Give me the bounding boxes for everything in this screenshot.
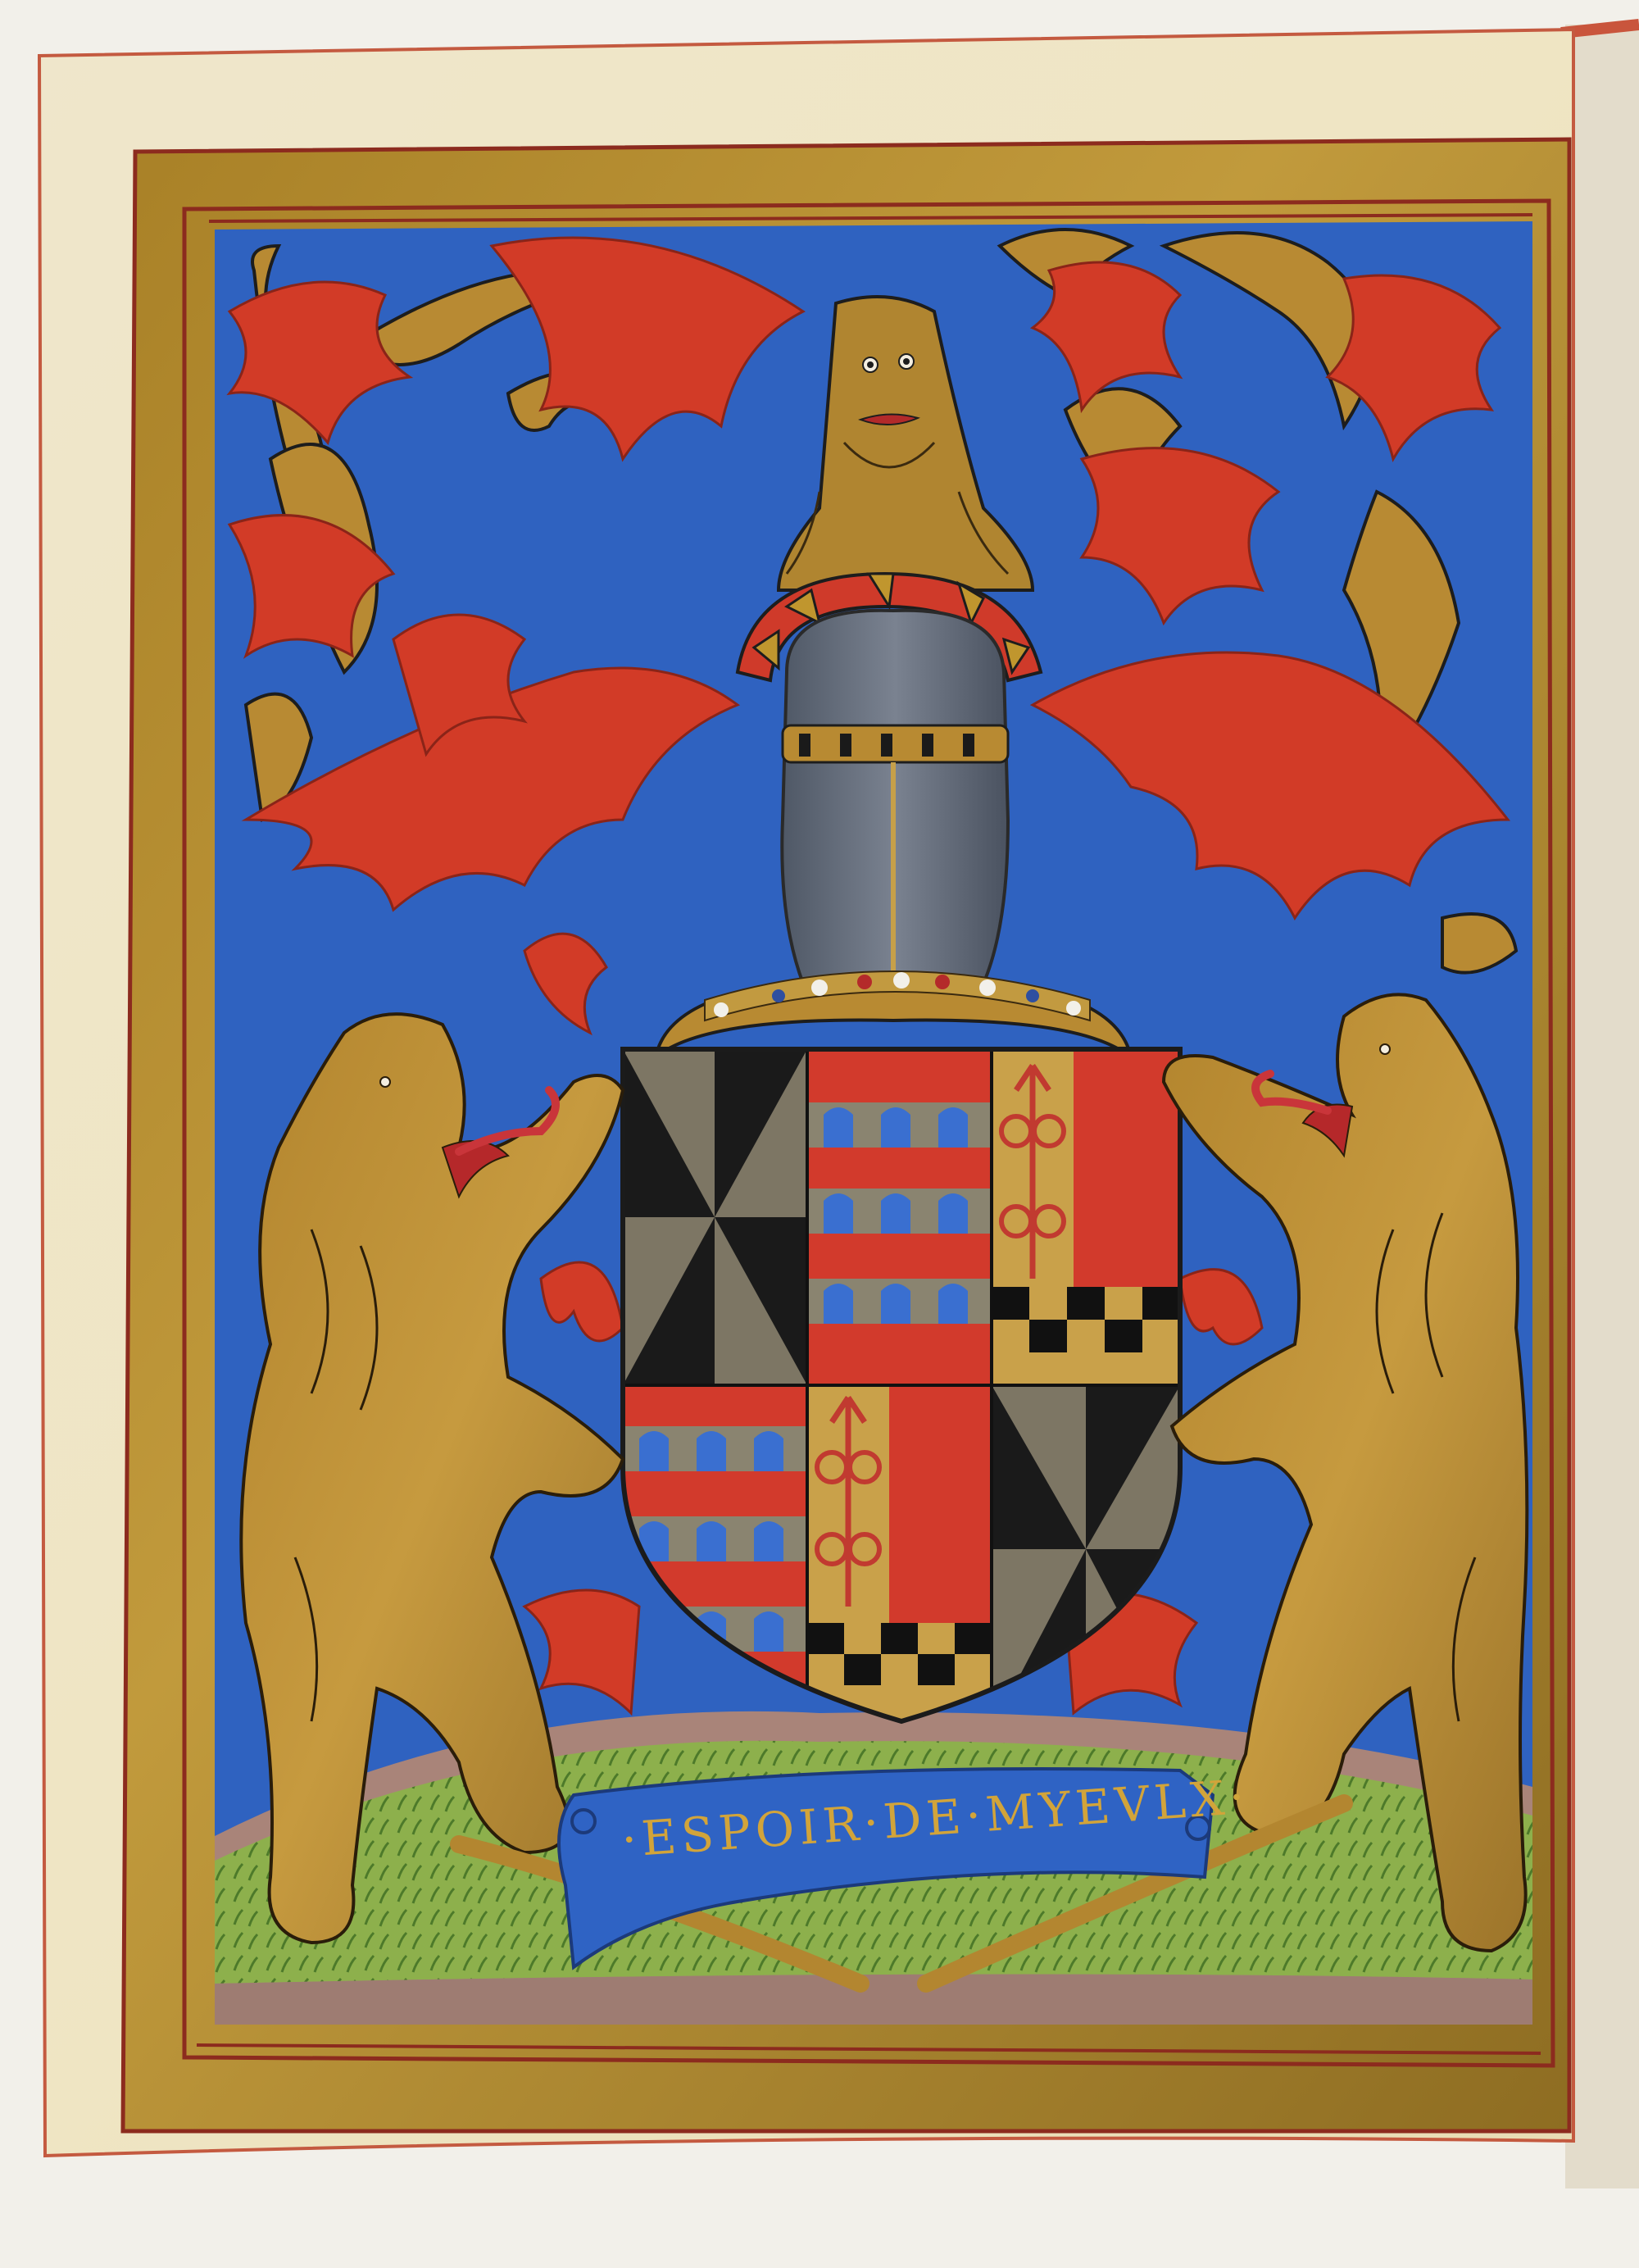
- adjacent-page-edge: [1565, 25, 1639, 2188]
- quartered-shield: [623, 1049, 1180, 1729]
- manuscript-page: ·ESPOIR·DE·MYEVLX·: [0, 0, 1639, 2268]
- barred-helm: [782, 611, 1008, 984]
- armorial-illumination: ·ESPOIR·DE·MYEVLX·: [0, 0, 1639, 2268]
